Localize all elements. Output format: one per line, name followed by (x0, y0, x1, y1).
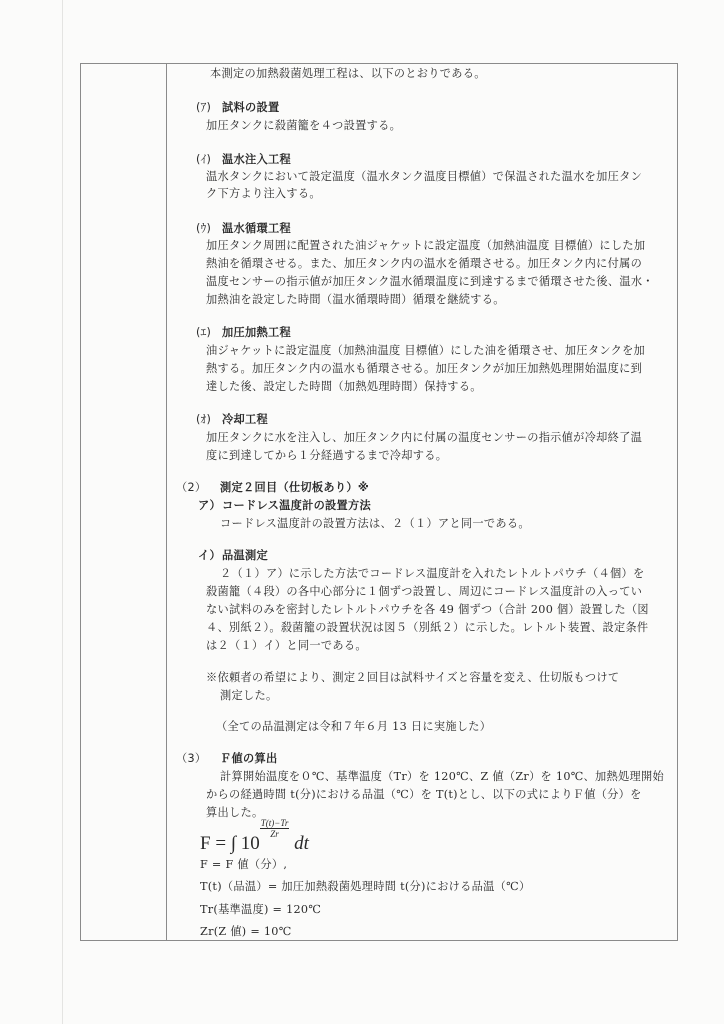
f-value-formula: F = ∫ 10T(t)−TrZr dt (200, 830, 309, 855)
section-2-number: （2） (176, 481, 206, 495)
definition-f: F = F 値（分）, (200, 858, 287, 872)
section-2i-line: 殺菌籠（４段）の各中心部分に１個ずつ設置し、周辺にコードレス温度計の入ってい (206, 585, 642, 599)
section-2a-title: コードレス温度計の設置方法 (222, 499, 371, 513)
formula-exponent: T(t)−TrZr (260, 818, 290, 839)
section-2i-title: 品温測定 (222, 549, 268, 563)
page-margin-line (62, 0, 63, 1024)
section-2-note: ※依頼者の希望により、測定２回目は試料サイズと容量を変え、仕切版もつけて (206, 671, 619, 685)
step-b-line: 温水タンクにおいて設定温度（温水タンク温度目標値）で保温された温水を加圧タン (206, 170, 642, 184)
step-a-label: (ｱ) (196, 101, 211, 115)
step-a-line: 加圧タンクに殺菌籠を４つ設置する。 (206, 119, 401, 133)
step-b-line: ク下方より注入する。 (206, 187, 321, 201)
definition-tt: T(t)（品温）= 加圧加熱殺菌処理時間 t(分)における品温（℃） (200, 880, 530, 894)
step-c-line: 熱油を循環させる。また、加圧タンク内の温水を循環させる。加圧タンク内に付属の (206, 257, 642, 271)
step-c-label: (ｳ) (196, 222, 211, 236)
step-e-label: (ｵ) (196, 413, 211, 427)
section-2i-line: ２（１）ア）に示した方法でコードレス温度計を入れたレトルトパウチ（４個）を (220, 567, 644, 581)
step-c-line: 加熱油を設定した時間（温水循環時間）循環を継続する。 (206, 293, 505, 307)
section-2-title: 測定２回目（仕切板あり）※ (220, 481, 369, 495)
step-e-line: 度に到達してから１分経過するまで冷却する。 (206, 449, 447, 463)
formula-exp-denominator: Zr (260, 829, 290, 839)
section-2i-label: イ） (198, 549, 221, 563)
section-3-line: 算出した。 (206, 806, 263, 820)
measurement-date-note: （全ての品温測定は令和７年６月 13 日に実施した） (216, 720, 491, 734)
section-3-number: （3） (176, 752, 206, 766)
intro-text: 本測定の加熱殺菌処理工程は、以下のとおりである。 (210, 67, 486, 81)
step-d-title: 加圧加熱工程 (222, 326, 291, 340)
step-c-line: 加圧タンク周囲に配置された油ジャケットに設定温度（加熱油温度 目標値）にした加 (206, 239, 645, 253)
formula-rhs: dt (294, 833, 309, 854)
definition-zr: Zr(Z 値) = 10℃ (200, 925, 292, 939)
step-e-line: 加圧タンクに水を注入し、加圧タンク内に付属の温度センサーの指示値が冷却終了温 (206, 431, 642, 445)
step-b-label: (ｲ) (196, 153, 211, 167)
step-c-line: 温度センサーの指示値が加圧タンク温水循環温度に到達するまで循環させた後、温水・ (206, 275, 654, 289)
formula-exp-numerator: T(t)−Tr (260, 818, 290, 829)
step-a-title: 試料の設置 (222, 101, 279, 115)
section-2i-line: ない試料のみを密封したレトルトパウチを各 49 個ずつ（合計 200 個）設置し… (206, 603, 649, 617)
step-d-label: (ｴ) (196, 326, 211, 340)
step-d-line: 熱する。加圧タンク内の温水も循環させる。加圧タンクが加圧加熱処理開始温度に到 (206, 362, 642, 376)
column-divider (166, 64, 167, 940)
step-d-line: 達した後、設定した時間（加熱処理時間）保持する。 (206, 380, 482, 394)
section-2i-line: ４、別紙２）。殺菌籠の設置状況は図５（別紙２）に示した。レトルト装置、設定条件 (206, 621, 648, 635)
section-3-line: 計算開始温度を０℃、基準温度（Tr）を 120℃、Z 値（Zr）を 10℃、加熱… (220, 770, 664, 784)
section-2i-line: は２（１）イ）と同一である。 (206, 639, 367, 653)
step-b-title: 温水注入工程 (222, 153, 291, 167)
formula-lhs: F = ∫ 10 (200, 833, 260, 854)
step-d-line: 油ジャケットに設定温度（加熱油温度 目標値）にした油を循環させ、加圧タンクを加 (206, 344, 645, 358)
section-2a-label: ア） (198, 499, 221, 513)
step-e-title: 冷却工程 (222, 413, 268, 427)
section-3-title: Ｆ値の算出 (220, 752, 277, 766)
step-c-title: 温水循環工程 (222, 222, 291, 236)
section-2-note: 測定した。 (220, 689, 277, 703)
section-3-line: からの経過時間 t(分)における品温（℃）を T(t)とし、以下の式によりＦ値（… (206, 788, 642, 802)
document-table (80, 63, 678, 941)
section-2a-line: コードレス温度計の設置方法は、２（１）アと同一である。 (220, 517, 530, 531)
definition-tr: Tr(基準温度) = 120℃ (200, 903, 321, 917)
